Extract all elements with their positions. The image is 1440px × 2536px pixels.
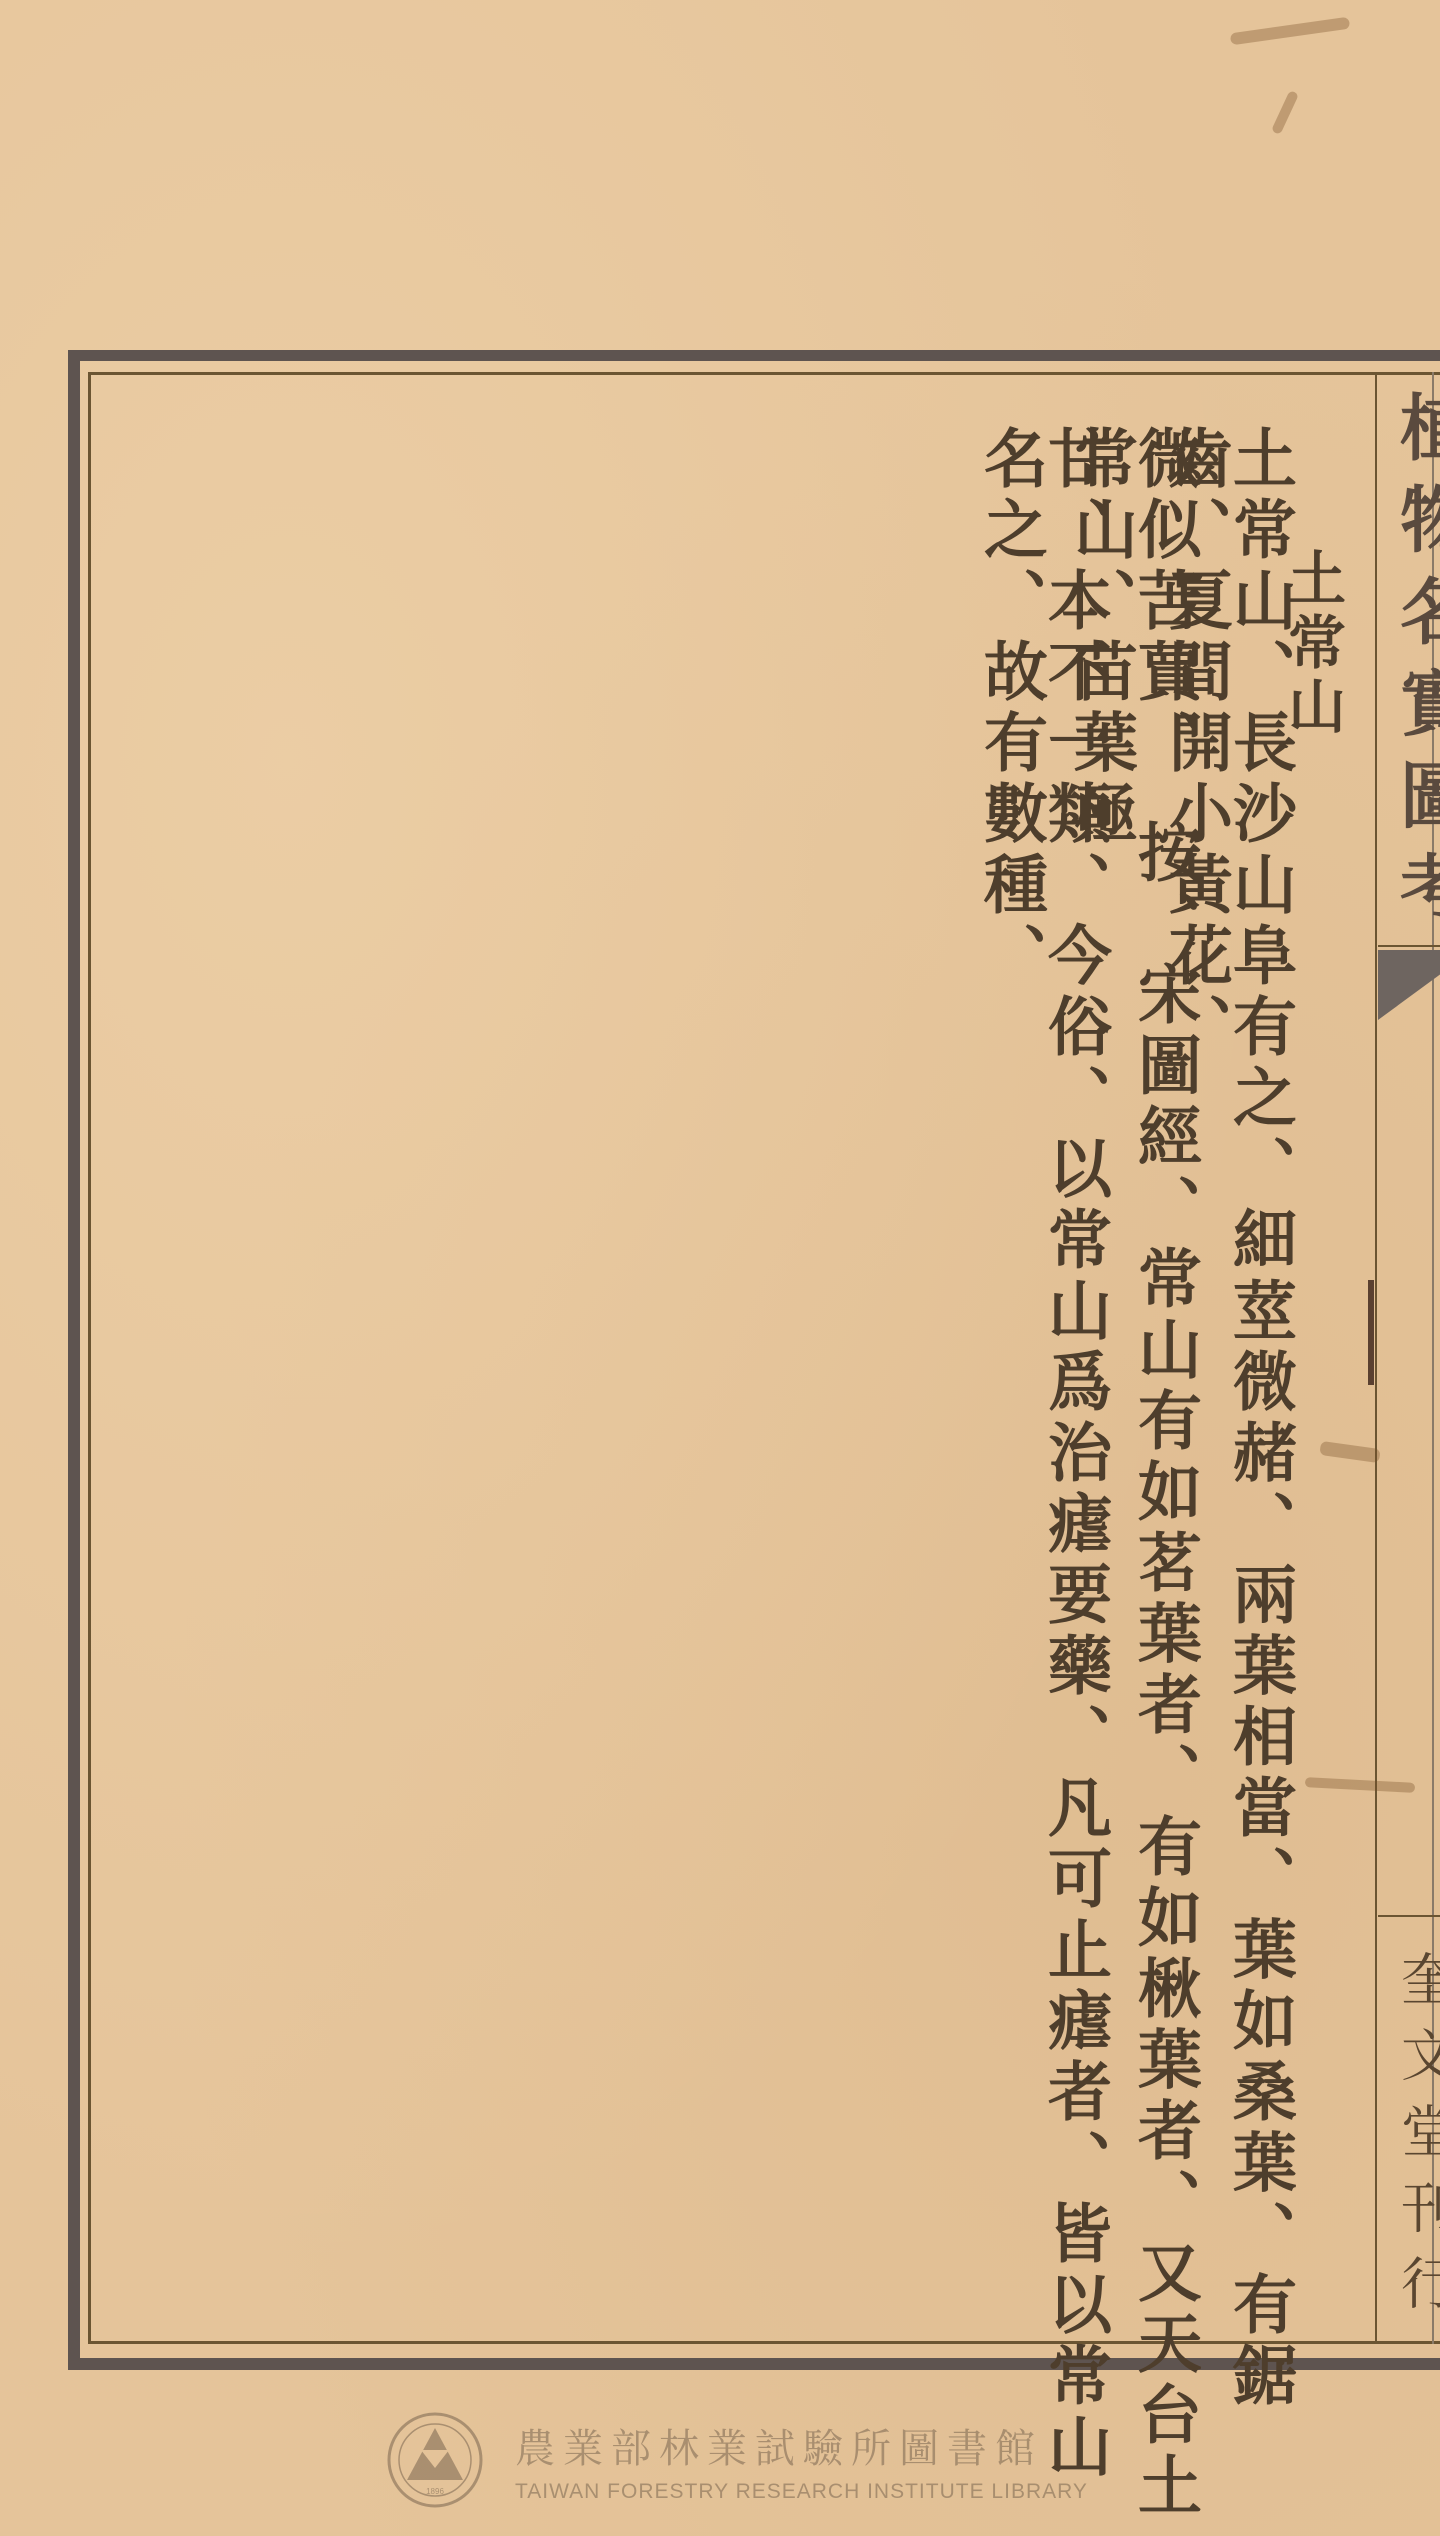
text-column-3: 甘、本不一類、今俗、以常山爲治瘧要藥、凡可止瘧者、皆以常山名之、故有數種、: [978, 425, 1106, 2536]
library-watermark: 1896 農業部林業試驗所圖書館 TAIWAN FORESTRY RESEARC…: [385, 2410, 1088, 2510]
scanned-book-page: 植物名實圖考 奎文堂刊行 土常山 土常山、長沙山阜有之、細莖微赭、兩葉相當、葉如…: [0, 0, 1440, 2536]
library-name-chinese: 農業部林業試驗所圖書館: [515, 2417, 1088, 2474]
margin-book-title: 植物名實圖考: [1378, 390, 1440, 942]
institute-seal-icon: 1896: [385, 2410, 485, 2510]
svg-text:1896: 1896: [426, 2487, 444, 2496]
library-name-english: TAIWAN FORESTRY RESEARCH INSTITUTE LIBRA…: [515, 2480, 1088, 2504]
margin-column-divider: [1375, 372, 1377, 2344]
fishtail-top-rule: [1378, 945, 1440, 947]
publisher-imprint: 奎文堂刊行: [1384, 1950, 1440, 2330]
margin-mark: [1368, 1280, 1374, 1385]
publisher-top-rule: [1378, 1915, 1440, 1917]
paper-stain: [1230, 17, 1351, 46]
paper-stain: [1271, 90, 1299, 135]
